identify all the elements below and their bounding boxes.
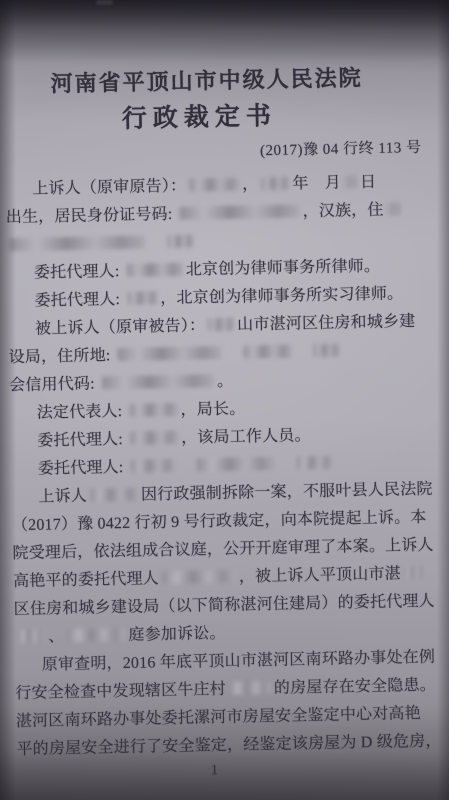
text-segment	[178, 458, 195, 475]
text-segment: 日	[360, 174, 377, 191]
text-segment: 法定代表人:	[37, 403, 127, 422]
redaction-blur	[102, 374, 214, 389]
document-photo: 河南省平顶山市中级人民法院 行政裁定书 (2017)豫 04 行终 113 号 …	[0, 0, 449, 800]
court-name: 河南省平顶山市中级人民法院	[0, 62, 418, 100]
text-segment: ，	[242, 176, 259, 193]
redaction-blur	[17, 630, 45, 644]
redaction-blur	[244, 345, 292, 359]
text-segment: ，北京创为律师事务所实习律师。	[160, 285, 403, 307]
text-segment: 。	[217, 373, 234, 390]
redaction-blur	[208, 318, 234, 332]
text-segment: 庭参加诉讼。	[128, 625, 226, 644]
text-segment: 年 月	[292, 175, 341, 193]
redaction-blur	[67, 628, 125, 642]
text-segment: 出生，居民身份证号码:	[6, 206, 177, 226]
redaction-blur	[127, 263, 183, 277]
text-segment: 区住房和城乡建设局（以下简称湛河住建局）的委托代理人	[14, 593, 435, 618]
case-number: (2017)豫 04 行终 113 号	[4, 138, 427, 166]
text-segment: 的房屋存在安全隐患。	[274, 677, 436, 697]
text-segment: 委托代理人:	[34, 263, 124, 282]
text-segment: 因行政强制拆除一案，不服叶县人民法院	[141, 481, 433, 504]
text-segment: 平的房屋安全进行了安全鉴定，经鉴定该房屋为 D 级危房，	[16, 733, 441, 759]
document-body: 上诉人（原审原告）：，年 月日出生，居民身份证号码: ，汉族，住 委托代理人: …	[5, 168, 440, 764]
redaction-blur	[404, 566, 424, 579]
text-segment: 原审查明，2016 年底平顶山市湛河区南环路办事处在例	[42, 649, 436, 674]
redaction-blur	[130, 431, 178, 445]
redaction-blur	[129, 403, 177, 417]
redaction-blur	[131, 459, 175, 473]
redaction-blur	[386, 202, 400, 215]
redaction-blur	[117, 346, 221, 361]
redaction-blur	[127, 291, 157, 305]
text-segment: 会信用代码:	[9, 375, 99, 394]
text-segment: ，该局工作人员。	[181, 427, 311, 447]
text-segment: 委托代理人:	[38, 459, 128, 478]
text-segment	[278, 456, 295, 473]
text-segment: （2017）豫 0422 行初 9 号行政裁定，向本院提起上诉。本	[12, 509, 427, 534]
redaction-blur	[261, 177, 289, 191]
document-title: 行政裁定书	[0, 97, 411, 139]
document-page: 河南省平顶山市中级人民法院 行政裁定书 (2017)豫 04 行终 113 号 …	[0, 0, 449, 800]
redaction-blur	[229, 681, 271, 695]
text-segment: 北京创为律师事务所律师。	[186, 258, 381, 279]
text-segment	[295, 343, 312, 360]
text-segment: 山市湛河区住房和城乡建	[237, 313, 416, 334]
redaction-blur	[189, 178, 239, 192]
text-segment: 委托代理人:	[37, 431, 127, 450]
text-segment: 行安全检查中发现辖区牛庄村	[15, 681, 226, 702]
text-segment: 院受理后，依法组成合议庭，公开开庭审理了本案。上诉人	[12, 537, 433, 562]
redaction-blur	[297, 456, 333, 470]
redaction-blur	[179, 204, 299, 219]
text-segment: 上诉人（原审原告）：	[32, 178, 186, 198]
text-segment: 委托代理人:	[34, 291, 124, 310]
text-segment: ，汉族，住	[302, 202, 383, 221]
text-segment: ，被上诉人平顶山市湛	[239, 565, 401, 585]
text-segment: 高艳平的委托代理人	[13, 570, 159, 590]
paper-edge-mark	[96, 0, 113, 5]
redaction-blur	[344, 175, 357, 188]
text-segment: 被上诉人（原审被告）：	[35, 317, 206, 337]
text-segment	[224, 345, 241, 362]
text-segment: 、	[48, 628, 65, 645]
text-segment	[148, 234, 165, 251]
redaction-blur	[9, 236, 145, 252]
redaction-blur	[162, 570, 236, 584]
redaction-blur	[197, 457, 275, 472]
redaction-blur	[314, 344, 340, 358]
text-segment: 上诉人	[38, 488, 87, 506]
text-segment: ，局长。	[180, 401, 245, 419]
text-segment: 设局，住所地:	[8, 347, 114, 366]
redaction-blur	[167, 235, 193, 249]
text-segment: 湛河区南环路办事处委托漯河市房屋安全鉴定中心对高艳	[16, 705, 421, 730]
redaction-blur	[90, 488, 138, 502]
